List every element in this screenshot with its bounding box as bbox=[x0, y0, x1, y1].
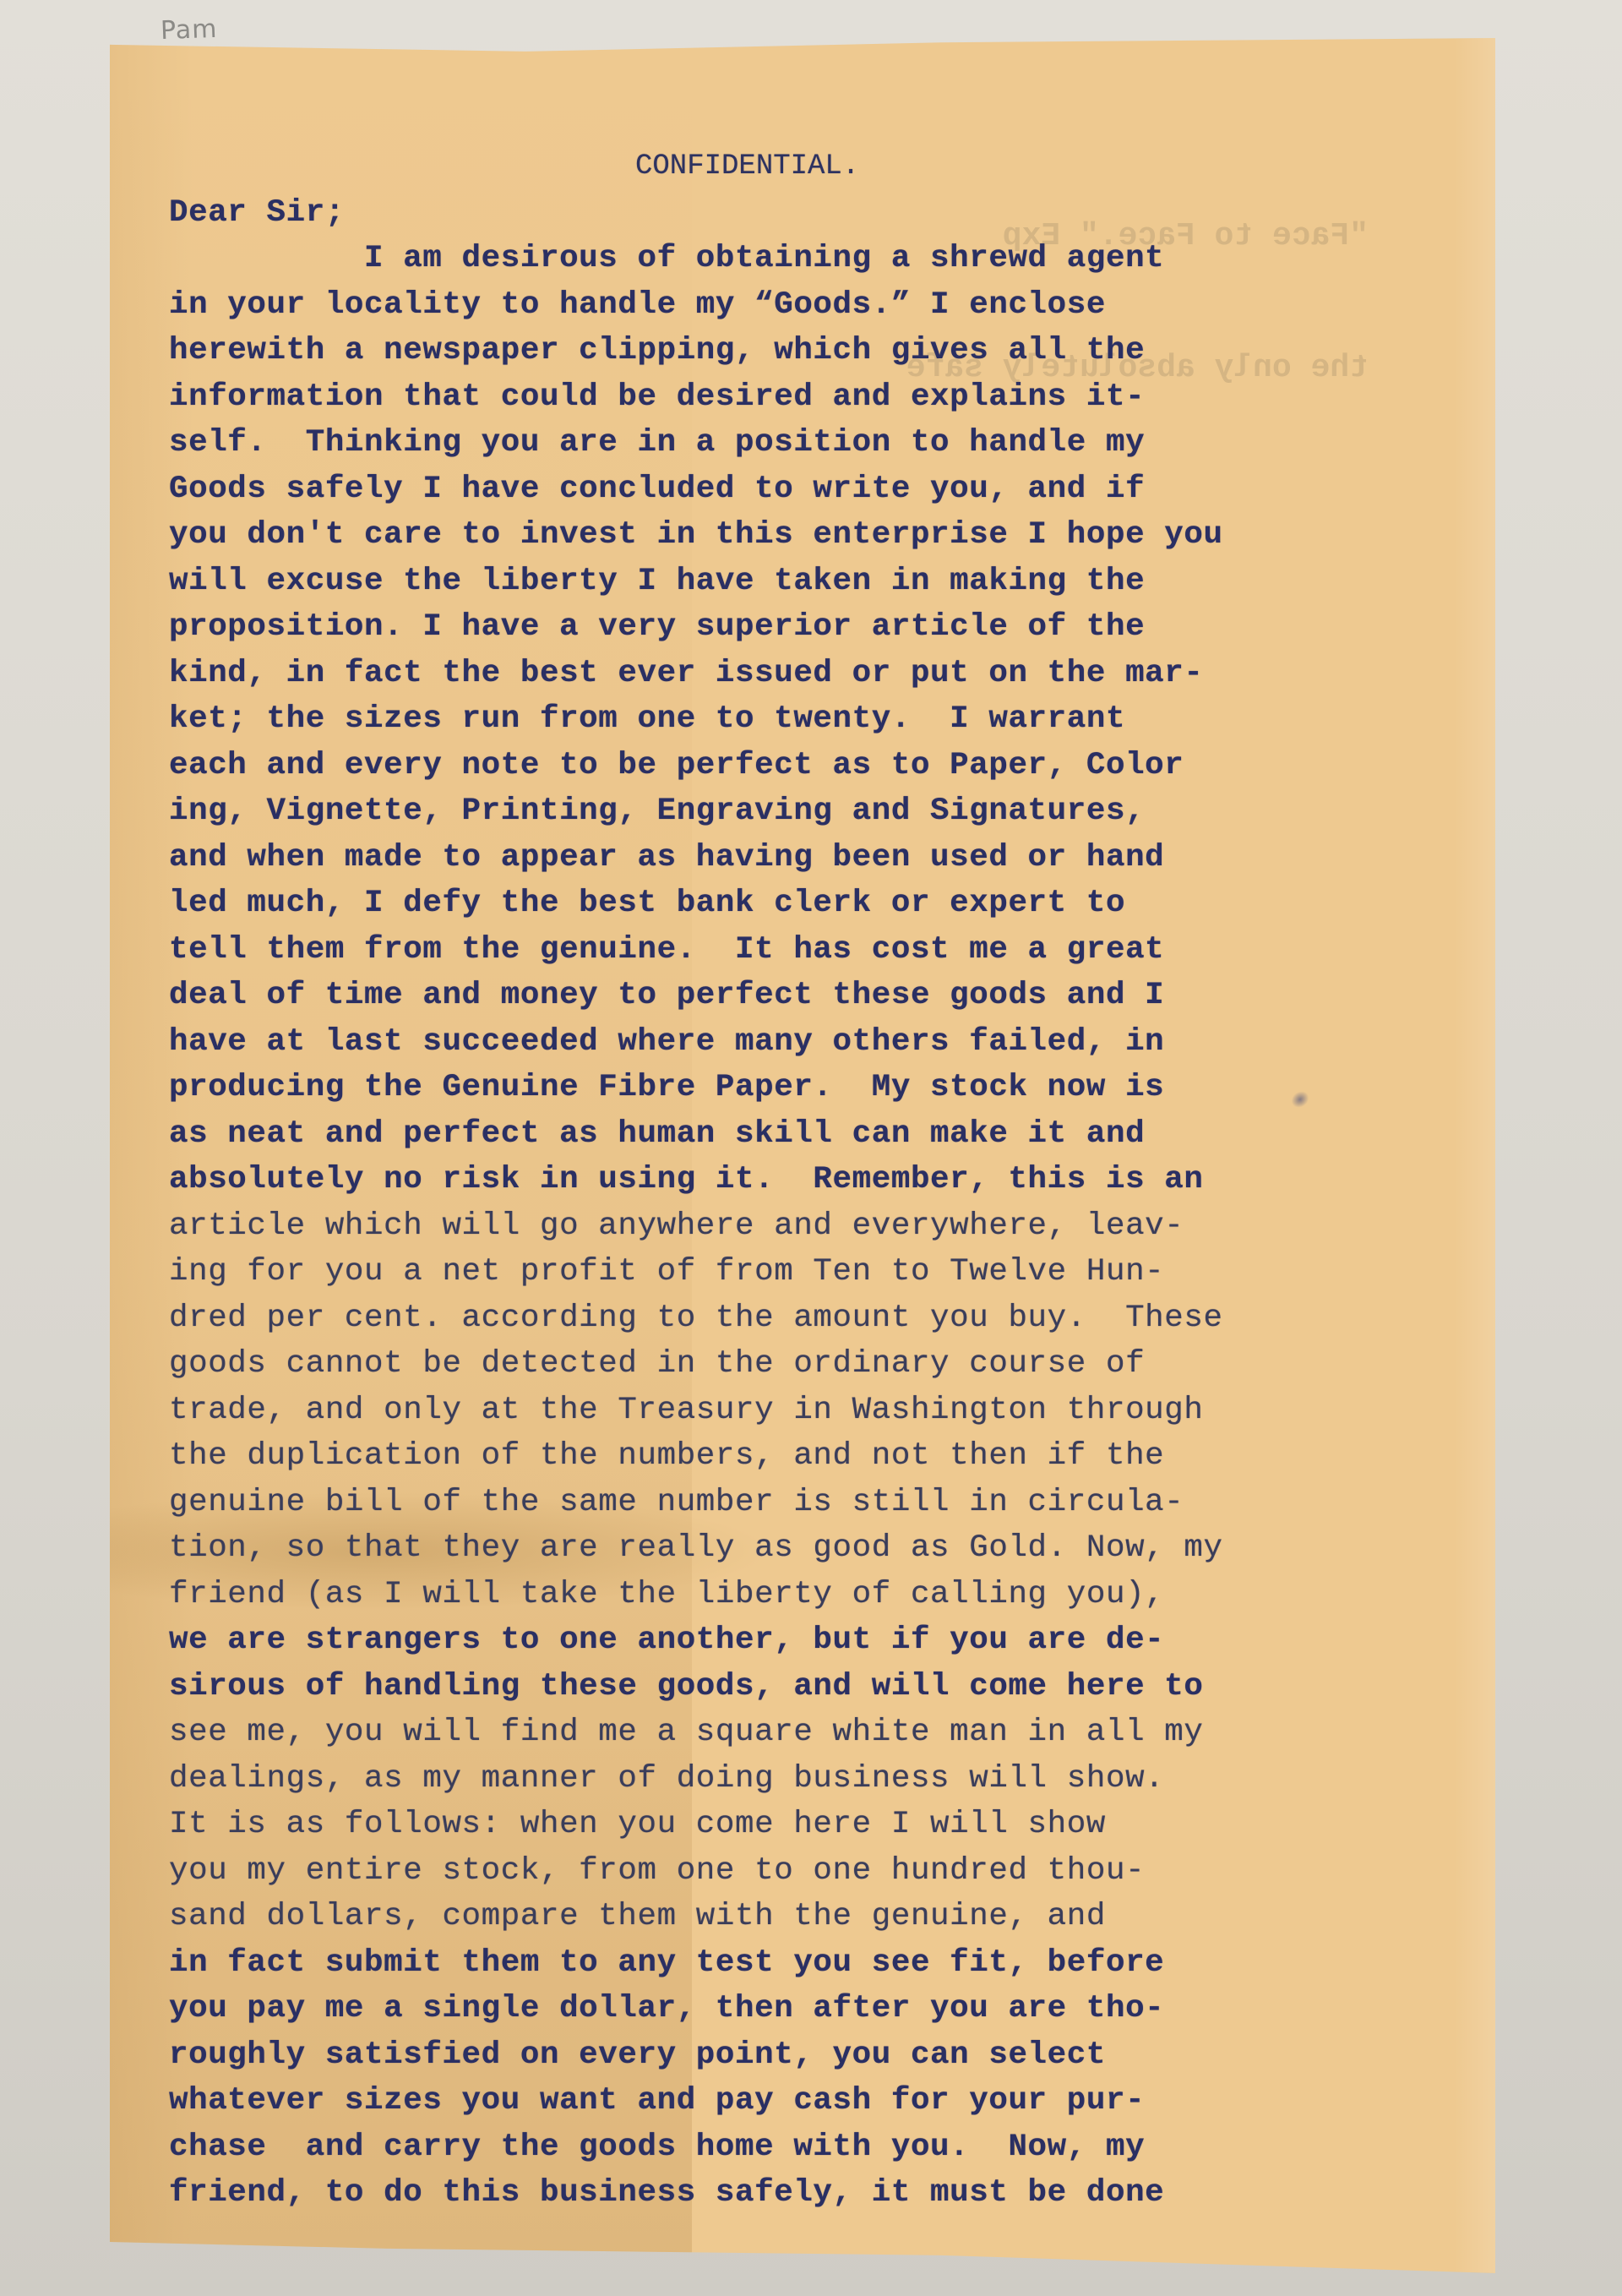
salutation: Dear Sir; bbox=[169, 190, 1436, 237]
letter-line: information that could be desired and ex… bbox=[169, 374, 1436, 421]
letter-line: dealings, as my manner of doing business… bbox=[169, 1756, 1436, 1802]
letter-heading: CONFIDENTIAL. bbox=[169, 144, 1436, 190]
letter-line: goods cannot be detected in the ordinary… bbox=[169, 1341, 1436, 1388]
letter-line: we are strangers to one another, but if … bbox=[169, 1617, 1436, 1664]
letter-line: article which will go anywhere and every… bbox=[169, 1203, 1436, 1250]
letter-line: in fact submit them to any test you see … bbox=[169, 1940, 1436, 1987]
pencil-annotation: Pam bbox=[160, 14, 218, 46]
typewritten-letter: CONFIDENTIAL. Dear Sir; I am desirous of… bbox=[169, 144, 1436, 2217]
letter-line: tion, so that they are really as good as… bbox=[169, 1525, 1436, 1572]
letter-line: roughly satisfied on every point, you ca… bbox=[169, 2032, 1436, 2079]
letter-line: genuine bill of the same number is still… bbox=[169, 1480, 1436, 1526]
letter-line: have at last succeeded where many others… bbox=[169, 1019, 1436, 1066]
letter-line: friend (as I will take the liberty of ca… bbox=[169, 1572, 1436, 1618]
letter-line: ket; the sizes run from one to twenty. I… bbox=[169, 696, 1436, 743]
letter-line: see me, you will find me a square white … bbox=[169, 1710, 1436, 1756]
letter-line: It is as follows: when you come here I w… bbox=[169, 1802, 1436, 1848]
letter-line: whatever sizes you want and pay cash for… bbox=[169, 2078, 1436, 2124]
letter-line: each and every note to be perfect as to … bbox=[169, 743, 1436, 789]
letter-line: Goods safely I have concluded to write y… bbox=[169, 466, 1436, 513]
letter-line: you my entire stock, from one to one hun… bbox=[169, 1848, 1436, 1895]
letter-line: tell them from the genuine. It has cost … bbox=[169, 927, 1436, 973]
letter-line: sirous of handling these goods, and will… bbox=[169, 1664, 1436, 1710]
letter-line: deal of time and money to perfect these … bbox=[169, 973, 1436, 1019]
letter-line: sand dollars, compare them with the genu… bbox=[169, 1894, 1436, 1940]
letter-line: as neat and perfect as human skill can m… bbox=[169, 1111, 1436, 1158]
letter-line: you pay me a single dollar, then after y… bbox=[169, 1986, 1436, 2032]
letter-line: ing, Vignette, Printing, Engraving and S… bbox=[169, 788, 1436, 835]
letter-line: led much, I defy the best bank clerk or … bbox=[169, 881, 1436, 927]
letter-line: self. Thinking you are in a position to … bbox=[169, 420, 1436, 466]
letter-line: trade, and only at the Treasury in Washi… bbox=[169, 1388, 1436, 1434]
letter-line: the duplication of the numbers, and not … bbox=[169, 1433, 1436, 1480]
letter-line: dred per cent. according to the amount y… bbox=[169, 1295, 1436, 1342]
letter-line: absolutely no risk in using it. Remember… bbox=[169, 1157, 1436, 1203]
letter-line: you don't care to invest in this enterpr… bbox=[169, 512, 1436, 559]
letter-line: in your locality to handle my “Goods.” I… bbox=[169, 282, 1436, 329]
letter-line: and when made to appear as having been u… bbox=[169, 835, 1436, 881]
letter-line: kind, in fact the best ever issued or pu… bbox=[169, 651, 1436, 697]
letter-line: ing for you a net profit of from Ten to … bbox=[169, 1249, 1436, 1295]
letter-line: chase and carry the goods home with you.… bbox=[169, 2124, 1436, 2171]
letter-line: producing the Genuine Fibre Paper. My st… bbox=[169, 1065, 1436, 1111]
letter-line: proposition. I have a very superior arti… bbox=[169, 604, 1436, 651]
letter-line: friend, to do this business safely, it m… bbox=[169, 2170, 1436, 2217]
letter-line: I am desirous of obtaining a shrewd agen… bbox=[169, 236, 1436, 282]
letter-line: will excuse the liberty I have taken in … bbox=[169, 559, 1436, 605]
letter-line: herewith a newspaper clipping, which giv… bbox=[169, 328, 1436, 374]
